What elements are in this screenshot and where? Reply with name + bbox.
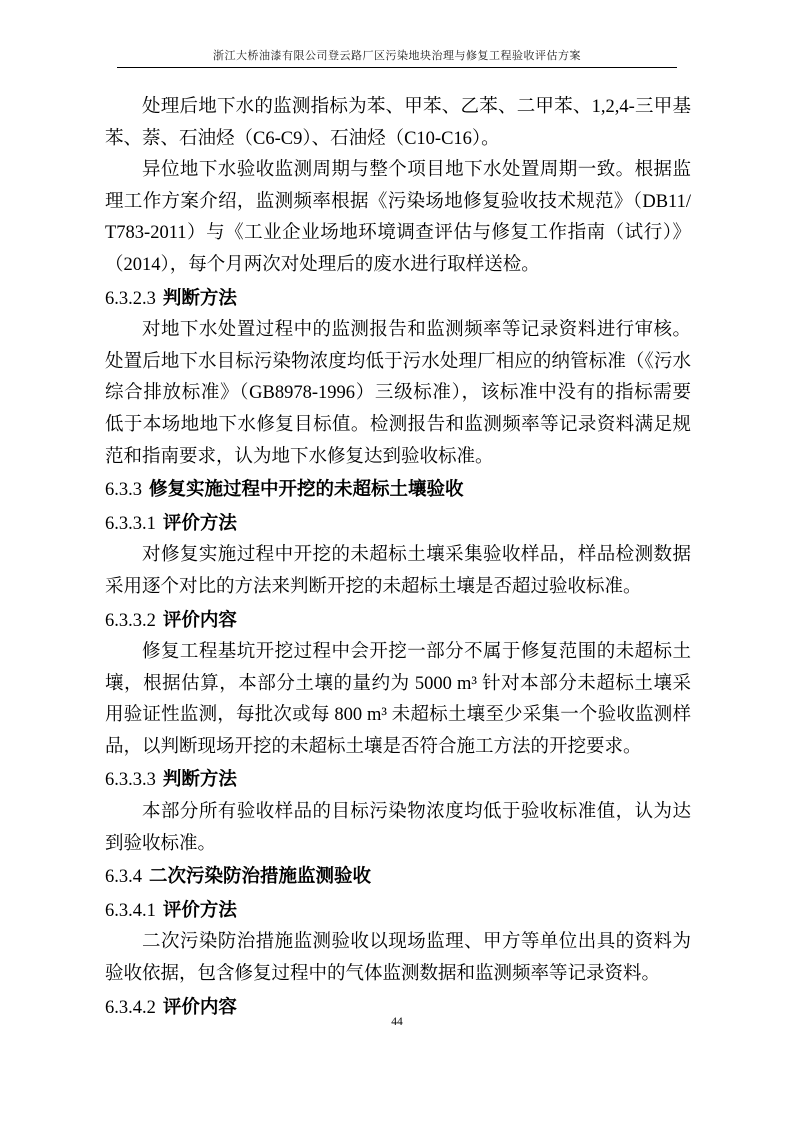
section-title: 修复实施过程中开挖的未超标土壤验收 [149, 478, 464, 499]
paragraph-judgment-method-groundwater: 对地下水处置过程中的监测报告和监测频率等记录资料进行审核。处置后地下水目标污染物… [105, 315, 691, 473]
section-title: 二次污染防治措施监测验收 [149, 865, 371, 886]
section-number: 6.3.4 [105, 867, 142, 887]
paragraph-monitoring-cycle: 异位地下水验收监测周期与整个项目地下水处置周期一致。根据监理工作方案介绍，监测频… [105, 155, 691, 281]
header-rule [117, 67, 677, 68]
section-title: 评价内容 [163, 996, 237, 1017]
paragraph-evaluation-content-soil: 修复工程基坑开挖过程中会开挖一部分不属于修复范围的未超标土壤，根据估算，本部分土… [105, 637, 691, 763]
section-number: 6.3.3.3 [105, 770, 156, 790]
section-number: 6.3.3.2 [105, 611, 156, 631]
paragraph-evaluation-method-soil: 对修复实施过程中开挖的未超标土壤采集验收样品，样品检测数据采用逐个对比的方法来判… [105, 540, 691, 603]
section-number: 6.3.3.1 [105, 514, 156, 534]
section-title: 判断方法 [163, 287, 237, 308]
section-title: 评价方法 [163, 899, 237, 920]
section-heading-6-3-4: 6.3.4二次污染防治措施监测验收 [105, 860, 691, 894]
section-heading-6-3-4-1: 6.3.4.1评价方法 [105, 894, 691, 928]
page-number: 44 [0, 1016, 794, 1028]
section-number: 6.3.4.2 [105, 998, 156, 1018]
paragraph-judgment-method-soil: 本部分所有验收样品的目标污染物浓度均低于验收标准值，认为达到验收标准。 [105, 797, 691, 860]
section-heading-6-3-2-3: 6.3.2.3判断方法 [105, 282, 691, 316]
document-page: 浙江大桥油漆有限公司登云路厂区污染地块治理与修复工程验收评估方案 处理后地下水的… [0, 0, 794, 1123]
paragraph-secondary-pollution-basis: 二次污染防治措施监测验收以现场监理、甲方等单位出具的资料为验收依据，包含修复过程… [105, 927, 691, 990]
section-number: 6.3.2.3 [105, 289, 156, 309]
section-heading-6-3-3: 6.3.3修复实施过程中开挖的未超标土壤验收 [105, 473, 691, 507]
section-heading-6-3-3-3: 6.3.3.3判断方法 [105, 763, 691, 797]
running-header: 浙江大桥油漆有限公司登云路厂区污染地块治理与修复工程验收评估方案 [0, 47, 794, 63]
section-heading-6-3-3-1: 6.3.3.1评价方法 [105, 507, 691, 541]
section-heading-6-3-3-2: 6.3.3.2评价内容 [105, 604, 691, 638]
document-body: 处理后地下水的监测指标为苯、甲苯、乙苯、二甲苯、1,2,4-三甲基苯、萘、石油烃… [105, 92, 691, 1024]
paragraph-groundwater-indicators: 处理后地下水的监测指标为苯、甲苯、乙苯、二甲苯、1,2,4-三甲基苯、萘、石油烃… [105, 92, 691, 155]
section-number: 6.3.3 [105, 480, 142, 500]
section-title: 判断方法 [163, 768, 237, 789]
section-number: 6.3.4.1 [105, 901, 156, 921]
section-title: 评价方法 [163, 512, 237, 533]
section-title: 评价内容 [163, 609, 237, 630]
